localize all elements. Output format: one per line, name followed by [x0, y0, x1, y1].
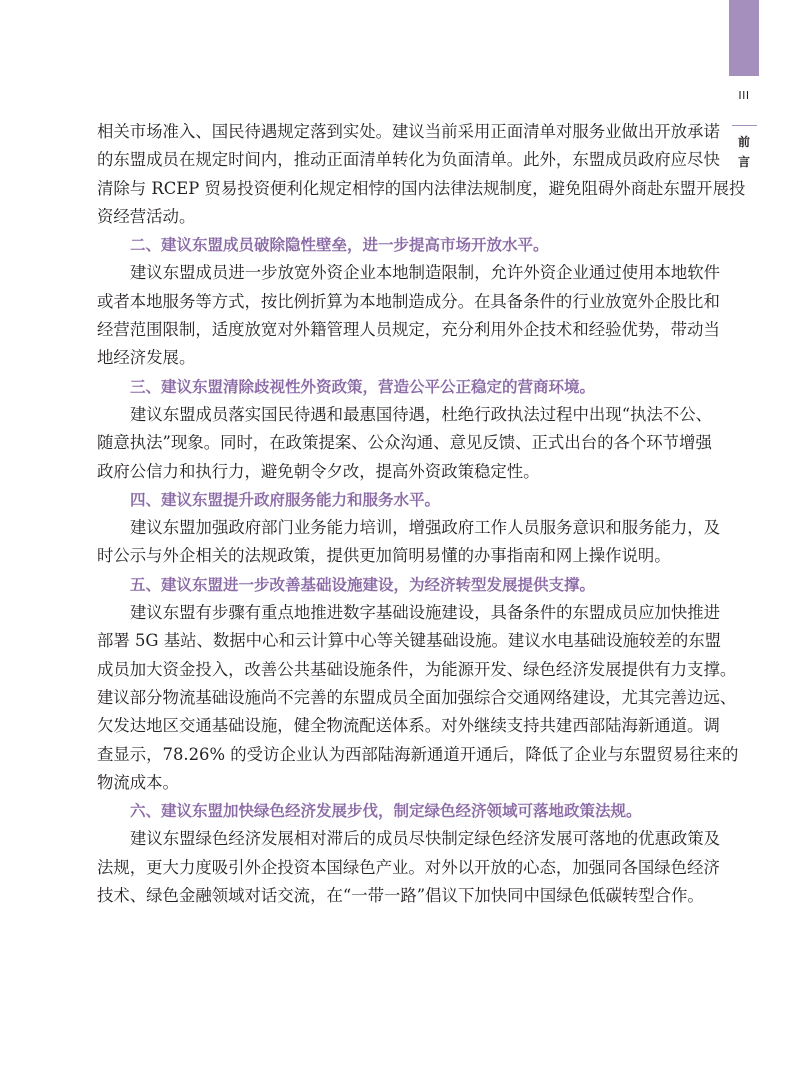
text-line: 建议东盟有步骤有重点地推进数字基础设施建设，具备条件的东盟成员应加快推进 — [97, 599, 697, 627]
section-label: 前 言 — [729, 132, 759, 172]
text-line: 相关市场准入、国民待遇规定落到实处。建议当前采用正面清单对服务业做出开放承诺 — [97, 118, 697, 146]
section-label-char: 言 — [729, 152, 759, 172]
heading-text: 三、建议东盟清除歧视性外资政策，营造公平公正稳定的营商环境。 — [97, 373, 697, 401]
text-line: 欠发达地区交通基础设施，健全物流配送体系。对外继续支持共建西部陆海新通道。调 — [97, 712, 697, 740]
text-line: 时公示与外企相关的法规政策，提供更加简明易懂的办事指南和网上操作说明。 — [97, 542, 697, 570]
text-line: 建议东盟加强政府部门业务能力培训，增强政府工作人员服务意识和服务能力，及 — [97, 514, 697, 542]
text-line: 的东盟成员在规定时间内，推动正面清单转化为负面清单。此外，东盟成员政府应尽快 — [97, 146, 697, 174]
text-line: 部署 5G 基站、数据中心和云计算中心等关键基础设施。建议水电基础设施较差的东盟 — [97, 627, 697, 655]
text-line: 建议部分物流基础设施尚不完善的东盟成员全面加强综合交通网络建设，尤其完善边远、 — [97, 684, 697, 712]
sidebar-divider — [732, 125, 757, 126]
paragraph-3: 建议东盟成员落实国民待遇和最惠国待遇，杜绝行政执法过程中出现“执法不公、 随意执… — [97, 401, 697, 486]
text-line: 建议东盟成员落实国民待遇和最惠国待遇，杜绝行政执法过程中出现“执法不公、 — [97, 401, 697, 429]
body-text: 相关市场准入、国民待遇规定落到实处。建议当前采用正面清单对服务业做出开放承诺 的… — [97, 118, 697, 910]
text-line: 法规，更大力度吸引外企投资本国绿色产业。对外以开放的心态，加强同各国绿色经济 — [97, 854, 697, 882]
heading-text: 二、建议东盟成员破除隐性壁垒，进一步提高市场开放水平。 — [97, 231, 697, 259]
paragraph-4: 建议东盟加强政府部门业务能力培训，增强政府工作人员服务意识和服务能力，及 时公示… — [97, 514, 697, 571]
text-line: 或者本地服务等方式，按比例折算为本地制造成分。在具备条件的行业放宽外企股比和 — [97, 288, 697, 316]
section-heading-4: 四、建议东盟提升政府服务能力和服务水平。 — [97, 486, 697, 514]
text-line: 资经营活动。 — [97, 203, 697, 231]
heading-text: 五、建议东盟进一步改善基础设施建设，为经济转型发展提供支撑。 — [97, 571, 697, 599]
section-heading-3: 三、建议东盟清除歧视性外资政策，营造公平公正稳定的营商环境。 — [97, 373, 697, 401]
text-line: 建议东盟成员进一步放宽外资企业本地制造限制，允许外资企业通过使用本地软件 — [97, 259, 697, 287]
text-line: 随意执法”现象。同时，在政策提案、公众沟通、意见反馈、正式出台的各个环节增强 — [97, 429, 697, 457]
heading-text: 四、建议东盟提升政府服务能力和服务水平。 — [97, 486, 697, 514]
text-line: 政府公信力和执行力，避免朝令夕改，提高外资政策稳定性。 — [97, 458, 697, 486]
text-line: 成员加大资金投入，改善公共基础设施条件，为能源开发、绿色经济发展提供有力支撑。 — [97, 656, 697, 684]
text-line: 技术、绿色金融领域对话交流，在“一带一路”倡议下加快同中国绿色低碳转型合作。 — [97, 882, 697, 910]
text-line: 地经济发展。 — [97, 344, 697, 372]
text-line: 物流成本。 — [97, 769, 697, 797]
page-number: III — [729, 89, 759, 102]
paragraph-6: 建议东盟绿色经济发展相对滞后的成员尽快制定绿色经济发展可落地的优惠政策及 法规，… — [97, 825, 697, 910]
text-line: 建议东盟绿色经济发展相对滞后的成员尽快制定绿色经济发展可落地的优惠政策及 — [97, 825, 697, 853]
paragraph-5: 建议东盟有步骤有重点地推进数字基础设施建设，具备条件的东盟成员应加快推进 部署 … — [97, 599, 697, 797]
heading-text: 六、建议东盟加快绿色经济发展步伐，制定绿色经济领域可落地政策法规。 — [97, 797, 697, 825]
text-line: 经营范围限制，适度放宽对外籍管理人员规定，充分利用外企技术和经验优势，带动当 — [97, 316, 697, 344]
paragraph-intro-continued: 相关市场准入、国民待遇规定落到实处。建议当前采用正面清单对服务业做出开放承诺 的… — [97, 118, 697, 231]
chapter-tab-marker — [729, 0, 759, 76]
text-line: 清除与 RCEP 贸易投资便利化规定相悖的国内法律法规制度，避免阻碍外商赴东盟开… — [97, 175, 697, 203]
paragraph-2: 建议东盟成员进一步放宽外资企业本地制造限制，允许外资企业通过使用本地软件 或者本… — [97, 259, 697, 372]
section-heading-5: 五、建议东盟进一步改善基础设施建设，为经济转型发展提供支撑。 — [97, 571, 697, 599]
section-heading-2: 二、建议东盟成员破除隐性壁垒，进一步提高市场开放水平。 — [97, 231, 697, 259]
section-heading-6: 六、建议东盟加快绿色经济发展步伐，制定绿色经济领域可落地政策法规。 — [97, 797, 697, 825]
text-line: 查显示，78.26% 的受访企业认为西部陆海新通道开通后，降低了企业与东盟贸易往… — [97, 741, 697, 769]
section-label-char: 前 — [729, 132, 759, 152]
